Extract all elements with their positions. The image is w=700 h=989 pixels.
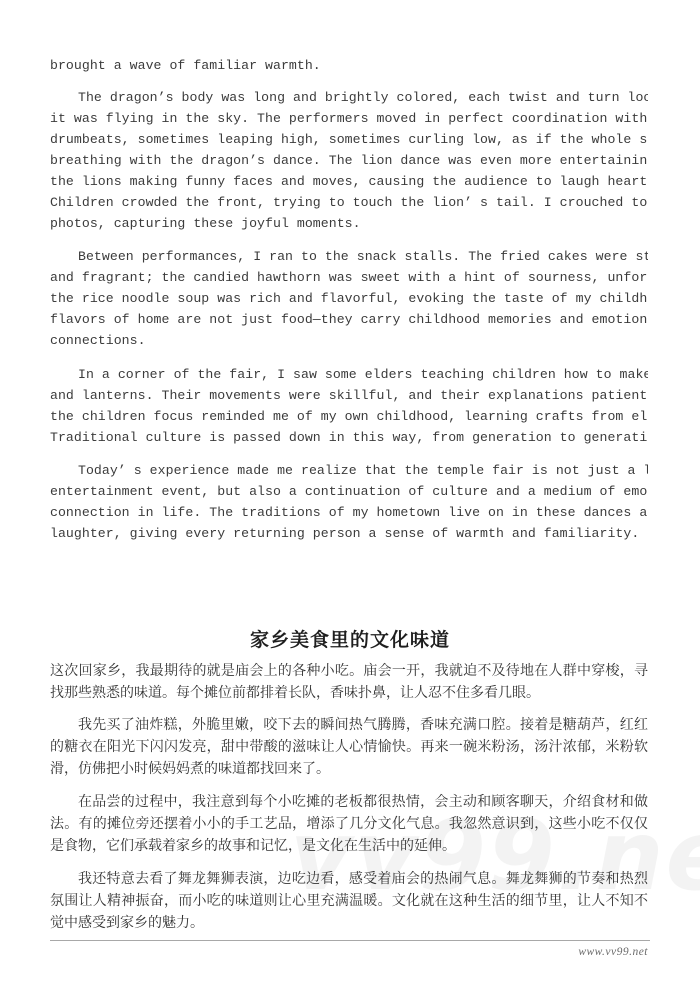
paragraph-line: 的糖衣在阳光下闪闪发亮，甜中带酸的滋味让人心情愉快。再来一碗米粉汤，汤汁浓郁，米… [50, 738, 648, 756]
paragraph-line: flavors of home are not just food—they c… [50, 311, 648, 329]
paragraph-line: 是食物，它们承载着家乡的故事和记忆，是文化在生活中的延伸。 [50, 837, 648, 855]
paragraph-line: Today’ s experience made me realize that… [78, 462, 648, 480]
paragraph-line: and lanterns. Their movements were skill… [50, 387, 648, 405]
paragraph-line: 我先买了油炸糕，外脆里嫩，咬下去的瞬间热气腾腾，香味充满口腔。接着是糖葫芦，红红 [78, 716, 648, 734]
section-title: 家乡美食里的文化味道 [0, 625, 700, 652]
paragraph-line: 觉中感受到家乡的魅力。 [50, 914, 648, 932]
paragraph-line: 在品尝的过程中，我注意到每个小吃摊的老板都很热情，会主动和顾客聊天，介绍食材和做 [78, 793, 648, 811]
paragraph-line: photos, capturing these joyful moments. [50, 215, 648, 233]
paragraph-line: laughter, giving every returning person … [50, 525, 648, 543]
paragraph-line: it was flying in the sky. The performers… [50, 110, 648, 128]
paragraph-line: Between performances, I ran to the snack… [78, 248, 648, 266]
paragraph-line: Children crowded the front, trying to to… [50, 194, 648, 212]
paragraph-line: breathing with the dragon’s dance. The l… [50, 152, 648, 170]
paragraph-line: Traditional culture is passed down in th… [50, 429, 648, 447]
paragraph-line: entertainment event, but also a continua… [50, 483, 648, 501]
paragraph-line: 我还特意去看了舞龙舞狮表演，边吃边看，感受着庙会的热闹气息。舞龙舞狮的节奏和热烈 [78, 870, 648, 888]
paragraph-line: brought a wave of familiar warmth. [50, 57, 648, 75]
paragraph-line: drumbeats, sometimes leaping high, somet… [50, 131, 648, 149]
paragraph-line: the lions making funny faces and moves, … [50, 173, 648, 191]
document-page: vv99.net brought a wave of familiar warm… [0, 0, 700, 989]
paragraph-line: 找那些熟悉的味道。每个摊位前都排着长队，香味扑鼻，让人忍不住多看几眼。 [50, 684, 648, 702]
paragraph-line: connections. [50, 332, 648, 350]
footer-url: www.vv99.net [578, 946, 648, 958]
paragraph-line: In a corner of the fair, I saw some elde… [78, 366, 648, 384]
paragraph-line: The dragon’s body was long and brightly … [78, 89, 648, 107]
paragraph-line: the rice noodle soup was rich and flavor… [50, 290, 648, 308]
footer-divider [50, 940, 650, 941]
paragraph-line: 法。有的摊位旁还摆着小小的手工艺品，增添了几分文化气息。我忽然意识到，这些小吃不… [50, 815, 648, 833]
paragraph-line: 这次回家乡，我最期待的就是庙会上的各种小吃。庙会一开，我就迫不及待地在人群中穿梭… [50, 662, 648, 680]
paragraph-line: connection in life. The traditions of my… [50, 504, 648, 522]
paragraph-line: the children focus reminded me of my own… [50, 408, 648, 426]
paragraph-line: and fragrant; the candied hawthorn was s… [50, 269, 648, 287]
paragraph-line: 滑，仿佛把小时候妈妈煮的味道都找回来了。 [50, 760, 648, 778]
paragraph-line: 氛围让人精神振奋，而小吃的味道则让心里充满温暖。文化就在这种生活的细节里，让人不… [50, 892, 648, 910]
